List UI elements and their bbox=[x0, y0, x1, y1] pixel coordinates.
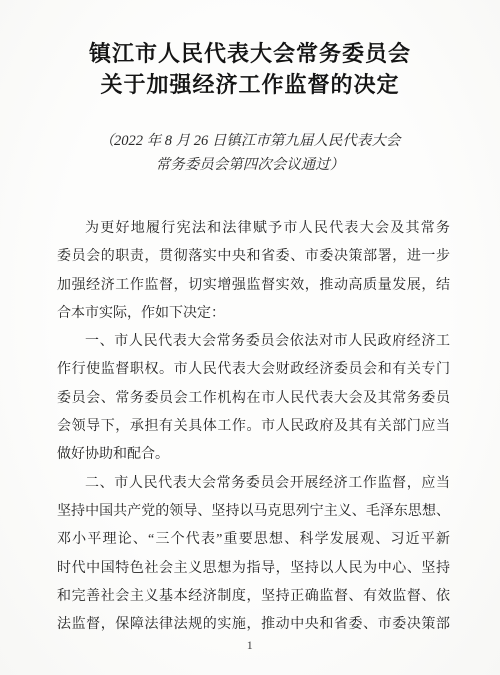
body-line: 一、市人民代表大会常务委员会依法对市人民政府经济工 bbox=[57, 328, 450, 356]
body-line: 为更好地履行宪法和法律赋予市人民代表大会及其常务 bbox=[57, 215, 450, 243]
body-line: 委员会的职责，贯彻落实中央和省委、市委决策部署，进一步 bbox=[57, 243, 450, 271]
document-body: 为更好地履行宪法和法律赋予市人民代表大会及其常务委员会的职责，贯彻落实中央和省委… bbox=[57, 215, 450, 639]
document-subtitle: （2022 年 8 月 26 日镇江市第九届人民代表大会 常务委员会第四次会议通… bbox=[0, 130, 500, 177]
body-line: 做好协助和配合。 bbox=[57, 441, 450, 469]
body-line: 法监督，保障法律法规的实施，推动中央和省委、市委决策部 bbox=[57, 611, 450, 639]
body-line: 二、市人民代表大会常务委员会开展经济工作监督，应当 bbox=[57, 470, 450, 498]
document-subtitle-line-2: 常务委员会第四次会议通过） bbox=[0, 154, 500, 178]
body-line: 委员会、常务委员会工作机构在市人民代表大会及其常务委员 bbox=[57, 385, 450, 413]
body-line: 合本市实际，作如下决定： bbox=[57, 300, 450, 328]
document-title-line-2: 关于加强经济工作监督的决定 bbox=[0, 69, 500, 100]
document-subtitle-line-1: （2022 年 8 月 26 日镇江市第九届人民代表大会 bbox=[0, 130, 500, 154]
body-line: 会领导下，承担有关具体工作。市人民政府及其有关部门应当 bbox=[57, 413, 450, 441]
body-line: 邓小平理论、“三个代表”重要思想、科学发展观、习近平新 bbox=[57, 526, 450, 554]
document-title-line-1: 镇江市人民代表大会常务委员会 bbox=[0, 38, 500, 69]
page-number: 1 bbox=[0, 638, 500, 653]
body-line: 加强经济工作监督，切实增强监督实效，推动高质量发展，结 bbox=[57, 272, 450, 300]
body-line: 作行使监督职权。市人民代表大会财政经济委员会和有关专门 bbox=[57, 356, 450, 384]
scanned-document-page: 镇江市人民代表大会常务委员会 关于加强经济工作监督的决定 （2022 年 8 月… bbox=[0, 0, 500, 675]
body-line: 时代中国特色社会主义思想为指导，坚持以人民为中心、坚持 bbox=[57, 555, 450, 583]
body-line: 和完善社会主义基本经济制度，坚持正确监督、有效监督、依 bbox=[57, 583, 450, 611]
document-title: 镇江市人民代表大会常务委员会 关于加强经济工作监督的决定 bbox=[0, 38, 500, 100]
body-line: 坚持中国共产党的领导、坚持以马克思列宁主义、毛泽东思想、 bbox=[57, 498, 450, 526]
